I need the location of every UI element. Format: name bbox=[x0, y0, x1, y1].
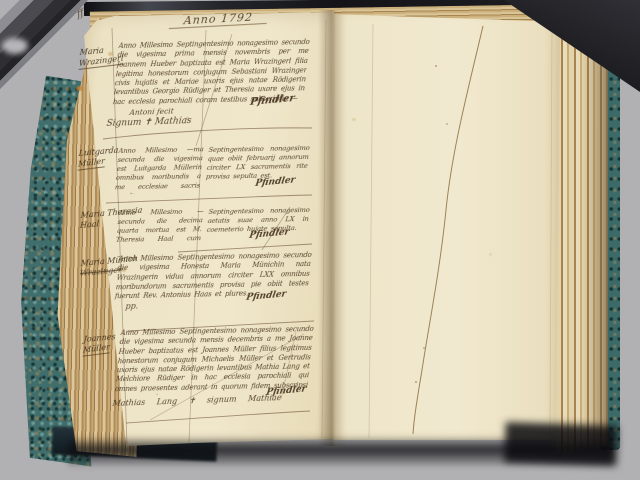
entry-2-margin-name: Luitgarda Müller bbox=[78, 146, 119, 170]
book-cast-shadow-right bbox=[504, 422, 617, 466]
foxing-spot bbox=[489, 253, 492, 256]
entry-2-body-col1: Anno Millesimo —ma secunda die vigesima … bbox=[114, 145, 204, 194]
strap-highlight bbox=[2, 38, 28, 54]
entry-1-note: Antoni fecit bbox=[129, 106, 174, 117]
gutter-shadow bbox=[318, 10, 348, 446]
entry-3-body-col1: Anno Millesimo — secunda die decima quar… bbox=[115, 207, 204, 246]
entry-4-note: pp. bbox=[125, 302, 139, 311]
right-page bbox=[330, 8, 562, 444]
foxing-spot bbox=[76, 86, 83, 91]
foxing-spot bbox=[352, 118, 356, 121]
entry-5-margin-name: Joannes Müller bbox=[83, 332, 116, 355]
photo-of-open-register: ff Anno 1792 Maria Wrazingerl Anno Mille… bbox=[0, 0, 640, 480]
